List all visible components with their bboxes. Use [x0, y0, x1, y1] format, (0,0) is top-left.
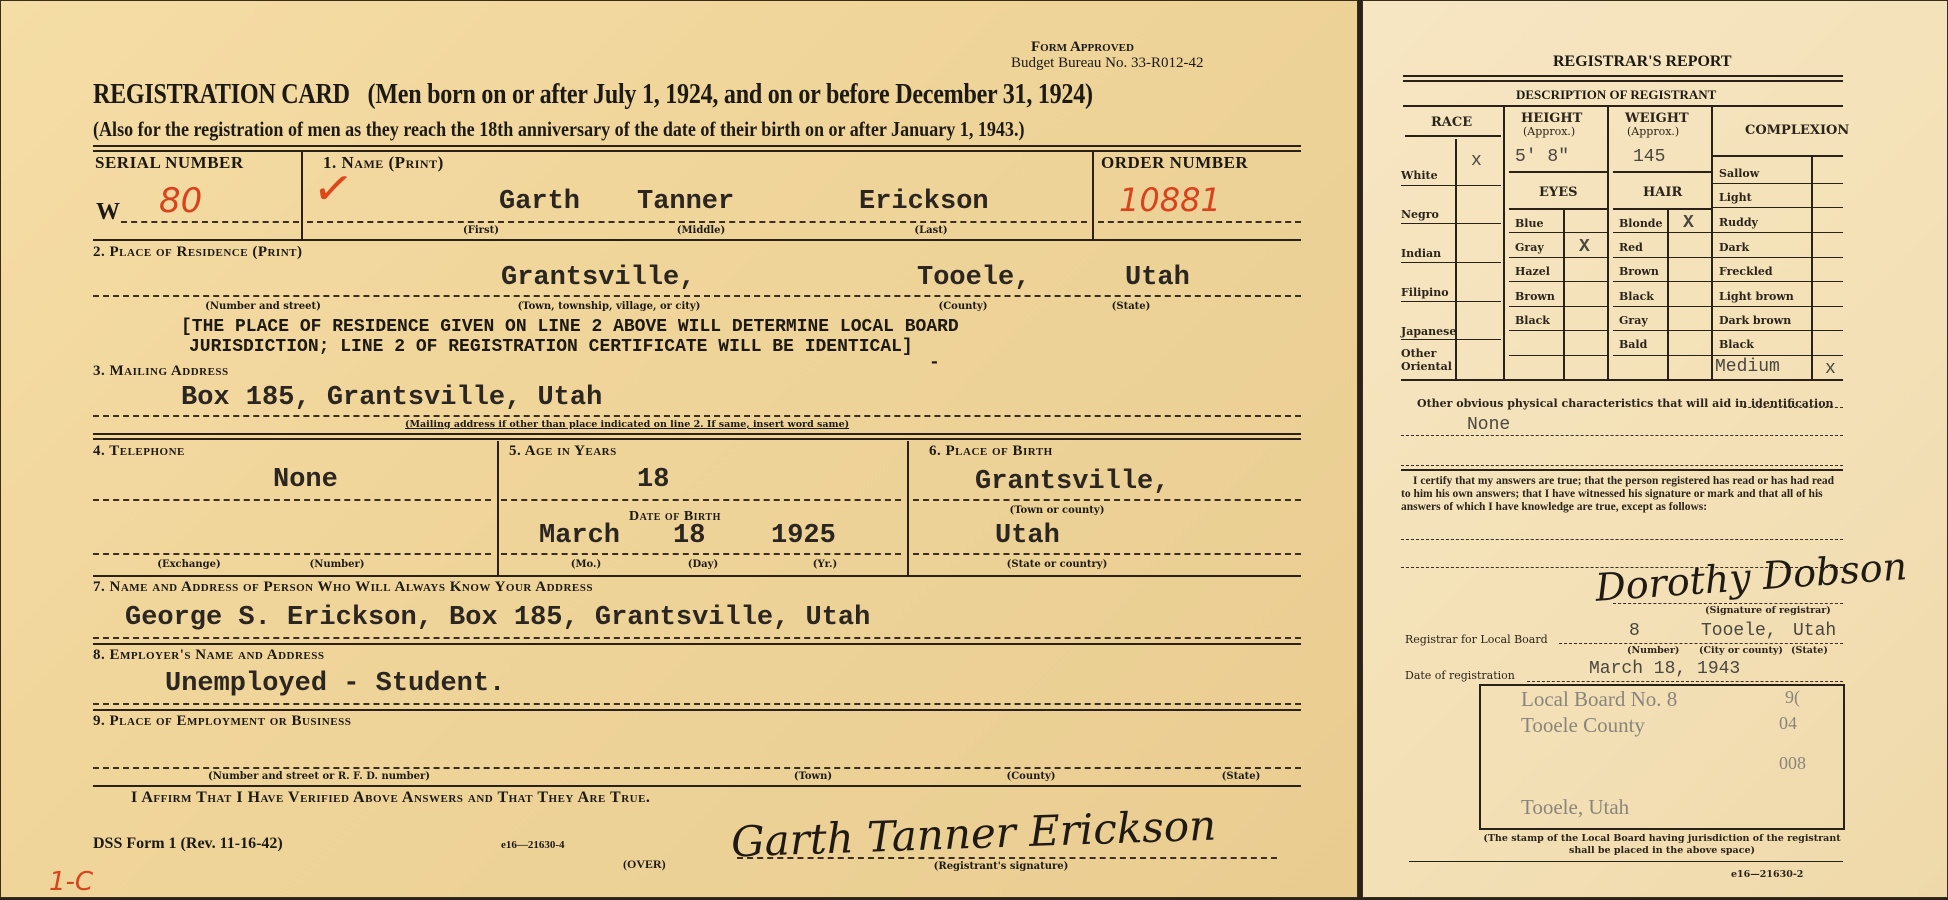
telephone-label: 4. Telephone [93, 443, 185, 460]
stamp-line-2: Tooele County [1521, 713, 1645, 738]
employment-county-caption: (County) [1006, 771, 1055, 782]
residence-notice-line1: [THE PLACE OF RESIDENCE GIVEN ON LINE 2 … [181, 317, 959, 337]
stamp-line-1: Local Board No. 8 [1521, 687, 1677, 712]
budget-bureau-number: Budget Bureau No. 33-R012-42 [1011, 55, 1203, 72]
divider [1503, 107, 1505, 379]
state-caption: (State) [1112, 301, 1151, 312]
hair-brown: Brown [1619, 265, 1659, 278]
employment-town-caption: (Town) [794, 771, 832, 782]
description-title: DESCRIPTION OF REGISTRANT [1516, 87, 1716, 103]
complexion-medium-mark: x [1825, 359, 1836, 379]
header-rule [93, 145, 1301, 152]
birthplace-state: Utah [995, 521, 1060, 551]
rule [1613, 281, 1711, 282]
affirmation-text: I Affirm That I Have Verified Above Answ… [131, 789, 650, 807]
complexion-freckled: Freckled [1719, 265, 1773, 278]
serial-number-label: SERIAL NUMBER [95, 153, 244, 173]
title-eligibility: (Men born on or after July 1, 1924, and … [368, 79, 1093, 110]
rule [1509, 355, 1607, 356]
name-middle: Tanner [637, 187, 734, 217]
middle-caption: (Middle) [677, 225, 725, 236]
rule [1401, 301, 1501, 302]
height-approx: (Approx.) [1523, 125, 1575, 138]
race-white: White [1401, 169, 1438, 182]
rule [1613, 257, 1711, 258]
serial-number-value: 80 [159, 181, 202, 221]
rule [1409, 861, 1843, 862]
birth-town-caption: (Town or county) [1010, 505, 1105, 516]
residence-town: Grantsville, [501, 263, 695, 293]
rule [1509, 257, 1607, 258]
rule [1401, 262, 1501, 263]
town-caption: (Town, township, village, or city) [518, 301, 701, 312]
rule [1401, 435, 1843, 436]
rule [1713, 330, 1843, 331]
hair-blonde-mark: X [1683, 213, 1694, 233]
eyes-blue: Blue [1515, 217, 1543, 230]
race-header: RACE [1431, 115, 1472, 130]
rule [1401, 465, 1843, 466]
weight-value: 145 [1633, 147, 1665, 167]
telephone-underline [93, 499, 491, 501]
dob-day: 18 [673, 521, 705, 551]
rule [1613, 208, 1711, 210]
weight-header: WEIGHT [1625, 111, 1689, 126]
street-caption: (Number and street) [205, 301, 321, 312]
red-checkmark-icon: ✓ [309, 158, 357, 219]
hair-header: HAIR [1643, 185, 1682, 200]
employer-label: 8. Employer's Name and Address [93, 647, 325, 664]
rule [1401, 539, 1843, 540]
rule [1401, 379, 1843, 381]
name-underline [307, 221, 1087, 223]
red-classification-mark: 1-C [49, 867, 93, 897]
mailing-address-value: Box 185, Grantsville, Utah [181, 383, 602, 413]
local-board-number: 8 [1629, 621, 1640, 641]
certify-text: I certify that my answers are true; that… [1401, 475, 1843, 514]
rule [1713, 207, 1843, 208]
eyes-brown: Brown [1515, 290, 1555, 303]
card-subtitle: (Also for the registration of men as the… [93, 117, 1025, 142]
contact-label: 7. Name and Address of Person Who Will A… [93, 579, 593, 596]
rule [1713, 281, 1843, 282]
form-id: DSS Form 1 (Rev. 11-16-42) [93, 835, 283, 853]
complexion-dark-brown: Dark brown [1719, 314, 1791, 327]
rule [1401, 339, 1501, 340]
divider [1711, 107, 1713, 379]
stamp-line-4: Tooele, Utah [1521, 795, 1629, 820]
month-caption: (Mo.) [571, 559, 602, 570]
dob-underline [501, 553, 901, 555]
rule [1713, 155, 1843, 157]
eyes-hazel: Hazel [1515, 265, 1550, 278]
rule [93, 239, 1301, 241]
first-caption: (First) [463, 225, 499, 236]
registrars-report: REGISTRAR'S REPORT DESCRIPTION OF REGIST… [1362, 0, 1948, 898]
name-last: Erickson [859, 187, 989, 217]
rule [1405, 135, 1501, 137]
rule [1509, 208, 1607, 210]
stamp-code-2: 04 [1779, 713, 1797, 734]
rule [1613, 603, 1843, 604]
divider [1563, 209, 1565, 379]
divider [301, 151, 303, 241]
local-board-state: Utah [1793, 621, 1836, 641]
dob-year: 1925 [771, 521, 836, 551]
residence-county: Tooele, [917, 263, 1030, 293]
rule [1509, 232, 1607, 233]
employment-place-label: 9. Place of Employment or Business [93, 713, 351, 730]
mailing-address-label: 3. Mailing Address [93, 363, 229, 380]
contact-underline [93, 637, 1301, 639]
complexion-medium: Medium [1715, 357, 1780, 377]
rule [1559, 643, 1843, 644]
rule [1527, 681, 1843, 682]
divider [1455, 139, 1457, 379]
divider [1607, 107, 1609, 379]
complexion-light-brown: Light brown [1719, 290, 1794, 303]
rule [1509, 171, 1607, 173]
birthplace-label: 6. Place of Birth [929, 443, 1053, 460]
divider [907, 441, 909, 575]
divider [1667, 209, 1669, 379]
rule [1613, 355, 1711, 356]
print-code: e16—21630-4 [501, 839, 565, 851]
over-text: (OVER) [623, 857, 666, 872]
rule [93, 433, 1301, 440]
board-state-caption: (State) [1791, 645, 1828, 656]
telephone-value: None [273, 465, 338, 495]
race-other-oriental: Other Oriental [1401, 347, 1455, 373]
rule [1713, 306, 1843, 307]
rule [1613, 171, 1711, 173]
last-caption: (Last) [914, 225, 947, 236]
rule [1401, 469, 1843, 471]
employment-state-caption: (State) [1222, 771, 1261, 782]
complexion-black: Black [1719, 338, 1754, 351]
title-text: REGISTRATION CARD [93, 79, 350, 110]
rule [1613, 232, 1711, 233]
rule [1509, 330, 1607, 331]
divider [1092, 151, 1094, 239]
name-first: Garth [499, 187, 580, 217]
residence-notice-line2: JURISDICTION; LINE 2 OF REGISTRATION CER… [189, 337, 913, 357]
eyes-black: Black [1515, 314, 1550, 327]
birthplace-state-underline [913, 553, 1301, 555]
report-title: REGISTRAR'S REPORT [1553, 53, 1732, 71]
age-value: 18 [637, 465, 669, 495]
rule [1401, 223, 1501, 224]
complexion-ruddy: Ruddy [1719, 216, 1758, 229]
board-number-caption: (Number) [1627, 645, 1679, 656]
rule [1713, 355, 1843, 356]
eyes-gray-mark: X [1579, 237, 1590, 257]
race-japanese: Japanese [1401, 325, 1456, 338]
date-of-registration-label: Date of registration [1405, 669, 1515, 682]
number-caption: (Number) [309, 559, 364, 570]
age-underline [501, 499, 901, 501]
form-approved: Form Approved [1031, 39, 1134, 56]
year-caption: (Yr.) [813, 559, 837, 570]
date-of-registration-value: March 18, 1943 [1589, 659, 1740, 679]
order-number-value: 10881 [1119, 181, 1221, 219]
serial-underline [121, 221, 299, 223]
complexion-sallow: Sallow [1719, 167, 1759, 180]
board-city-caption: (City or county) [1699, 645, 1783, 656]
exchange-caption: (Exchange) [157, 559, 221, 570]
rule [1743, 407, 1843, 408]
stamp-code-3: 008 [1779, 753, 1806, 774]
height-header: HEIGHT [1521, 111, 1582, 126]
registrar-signature-caption: (Signature of registrar) [1705, 605, 1831, 616]
race-filipino: Filipino [1401, 286, 1449, 299]
complexion-header: COMPLEXION [1745, 123, 1849, 138]
rule [1403, 75, 1843, 82]
rule [93, 643, 1301, 645]
divider [497, 441, 499, 575]
rule [1613, 306, 1711, 307]
local-board-city: Tooele, [1701, 621, 1777, 641]
card-title: REGISTRATION CARD (Men born on or after … [93, 79, 1093, 111]
residence-underline [93, 295, 1301, 297]
contact-value: George S. Erickson, Box 185, Grantsville… [125, 603, 870, 633]
hair-bald: Bald [1619, 338, 1647, 351]
rule [1713, 183, 1843, 184]
stamp-caption-2: shall be placed in the above space) [1569, 845, 1755, 856]
employment-underline [93, 767, 1301, 769]
hair-black: Black [1619, 290, 1654, 303]
other-characteristics-value: None [1467, 415, 1510, 435]
rule [1401, 185, 1501, 186]
dob-month: March [539, 521, 620, 551]
residence-state: Utah [1125, 263, 1190, 293]
employment-street-caption: (Number and street or R. F. D. number) [208, 771, 430, 782]
signature-caption: (Registrant's signature) [934, 861, 1069, 872]
dash-mark: - [929, 353, 940, 373]
county-caption: (County) [938, 301, 987, 312]
rule [1613, 330, 1711, 331]
rule [93, 709, 1301, 711]
eyes-header: EYES [1539, 185, 1578, 200]
signature-underline [737, 857, 1277, 859]
complexion-light: Light [1719, 191, 1752, 204]
employer-value: Unemployed - Student. [165, 669, 505, 699]
rule [93, 785, 1301, 787]
race-negro: Negro [1401, 208, 1439, 221]
birthplace-town: Grantsville, [975, 467, 1169, 497]
serial-prefix: W [96, 199, 120, 226]
hair-blonde: Blonde [1619, 217, 1663, 230]
race-white-mark: x [1471, 151, 1482, 171]
birthplace-underline [913, 499, 1301, 501]
divider [1811, 157, 1813, 379]
order-number-label: ORDER NUMBER [1101, 153, 1248, 173]
local-board-label: Registrar for Local Board [1405, 633, 1548, 646]
rule [1509, 281, 1607, 282]
day-caption: (Day) [688, 559, 718, 570]
age-label: 5. Age in Years [509, 443, 617, 460]
registration-card-front: Form Approved Budget Bureau No. 33-R012-… [0, 0, 1358, 898]
back-print-code: e16—21630-2 [1731, 869, 1803, 880]
employer-underline [93, 703, 1301, 705]
registrar-signature: Dorothy Dobson [1594, 544, 1909, 610]
order-underline [1098, 221, 1301, 223]
rule [1403, 105, 1843, 107]
eyes-gray: Gray [1515, 241, 1544, 254]
rule [1713, 257, 1843, 258]
hair-red: Red [1619, 241, 1643, 254]
height-value: 5' 8" [1515, 147, 1569, 167]
rule [1713, 232, 1843, 233]
stamp-code-1: 9( [1785, 687, 1800, 708]
mailing-underline [93, 415, 1301, 417]
rule [1509, 306, 1607, 307]
weight-approx: (Approx.) [1627, 125, 1679, 138]
mailing-caption: (Mailing address if other than place ind… [405, 419, 849, 430]
birth-state-caption: (State or country) [1007, 559, 1108, 570]
complexion-dark: Dark [1719, 241, 1749, 254]
residence-label: 2. Place of Residence (Print) [93, 244, 302, 261]
rule [93, 575, 1301, 577]
hair-gray: Gray [1619, 314, 1648, 327]
race-indian: Indian [1401, 247, 1441, 260]
stamp-caption-1: (The stamp of the Local Board having jur… [1483, 833, 1840, 844]
telephone-underline-2 [93, 553, 491, 555]
other-characteristics-label: Other obvious physical characteristics t… [1417, 397, 1834, 410]
